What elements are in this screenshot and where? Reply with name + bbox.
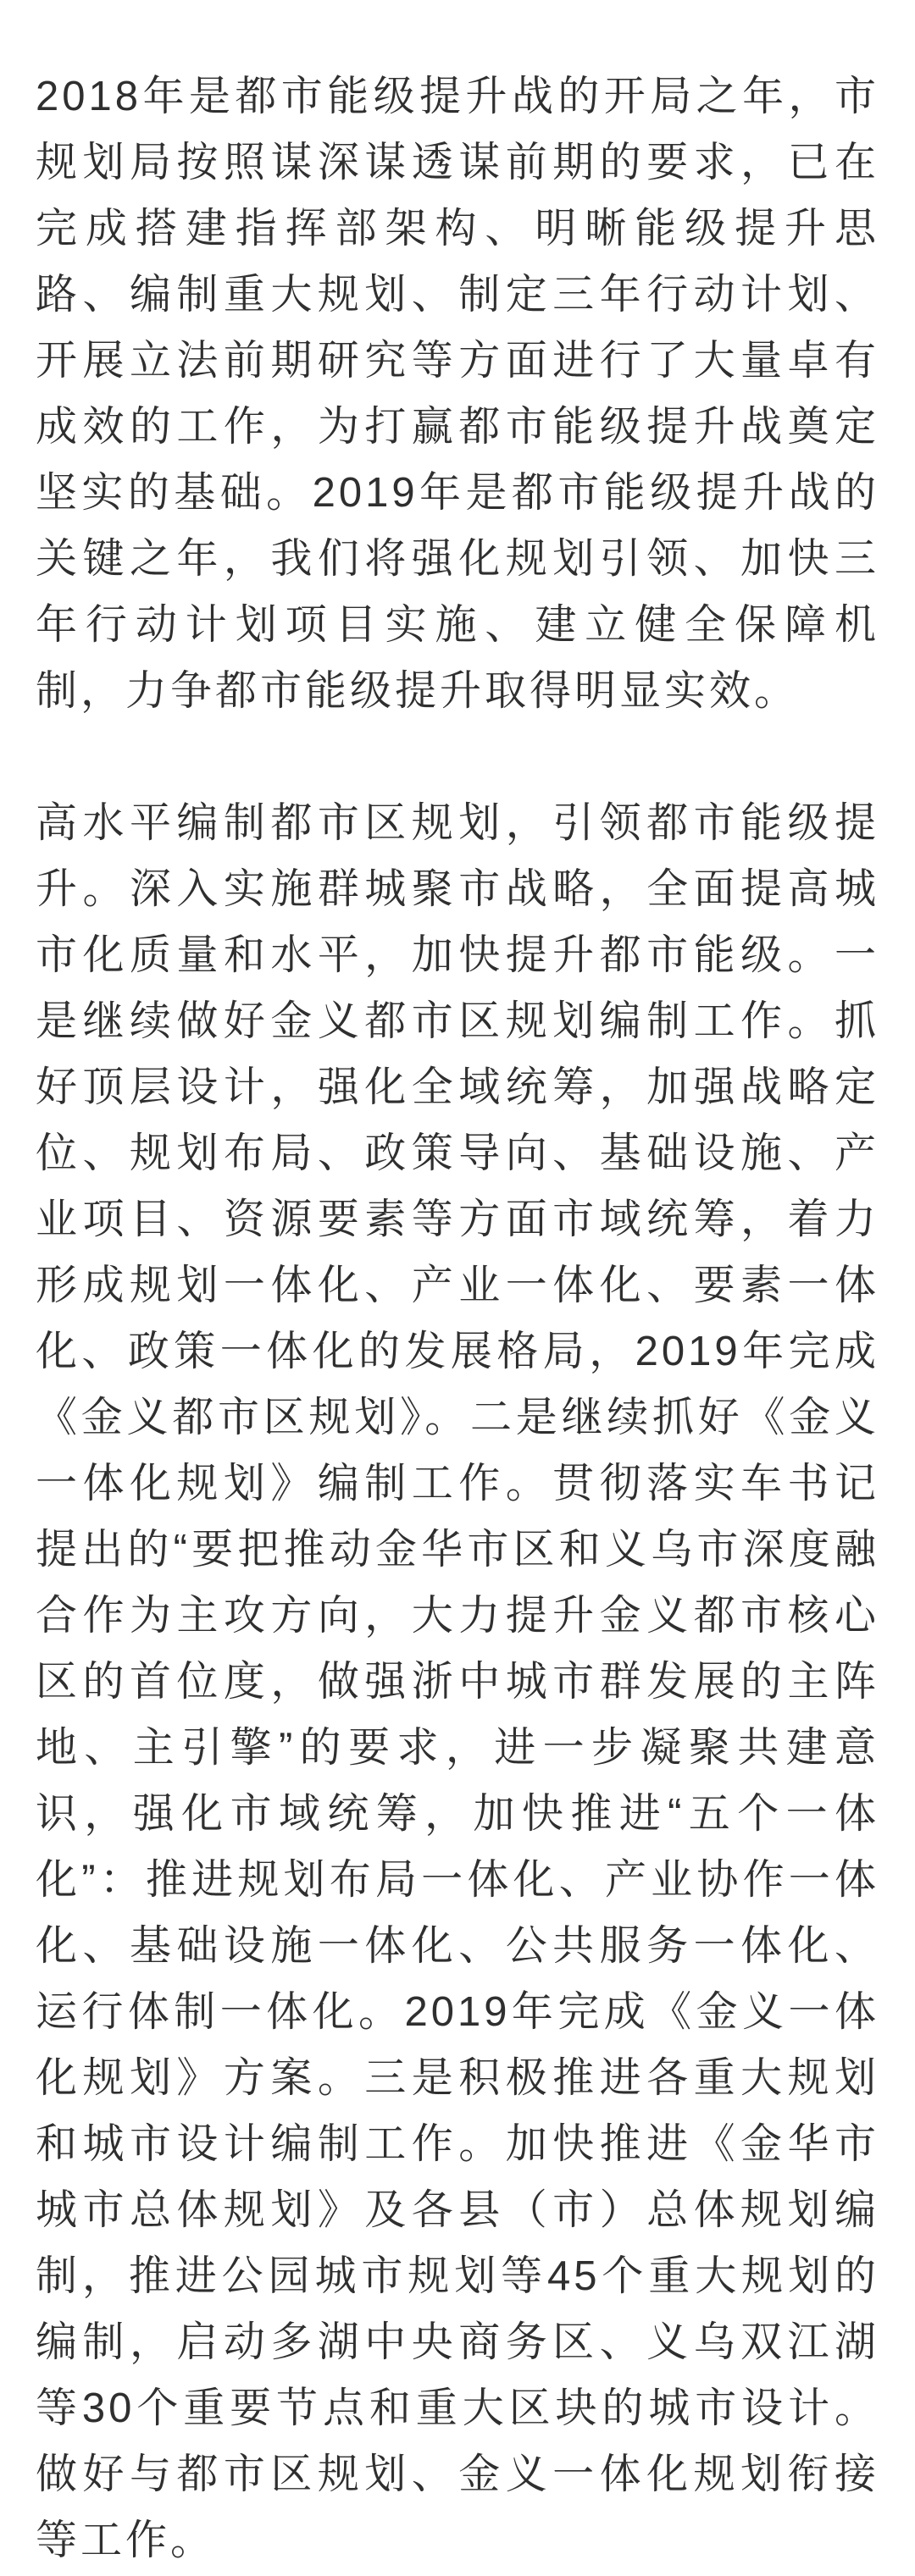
article-body: 2018年是都市能级提升战的开局之年，市规划局按照谋深谋透谋前期的要求，已在完成… xyxy=(0,0,915,2573)
paragraph-metro-area-planning: 高水平编制都市区规划，引领都市能级提升。深入实施群城聚市战略，全面提高城市化质量… xyxy=(36,790,879,2573)
article-page: 2018年是都市能级提升战的开局之年，市规划局按照谋深谋透谋前期的要求，已在完成… xyxy=(0,0,915,2576)
paragraph-2018-review: 2018年是都市能级提升战的开局之年，市规划局按照谋深谋透谋前期的要求，已在完成… xyxy=(36,64,879,724)
